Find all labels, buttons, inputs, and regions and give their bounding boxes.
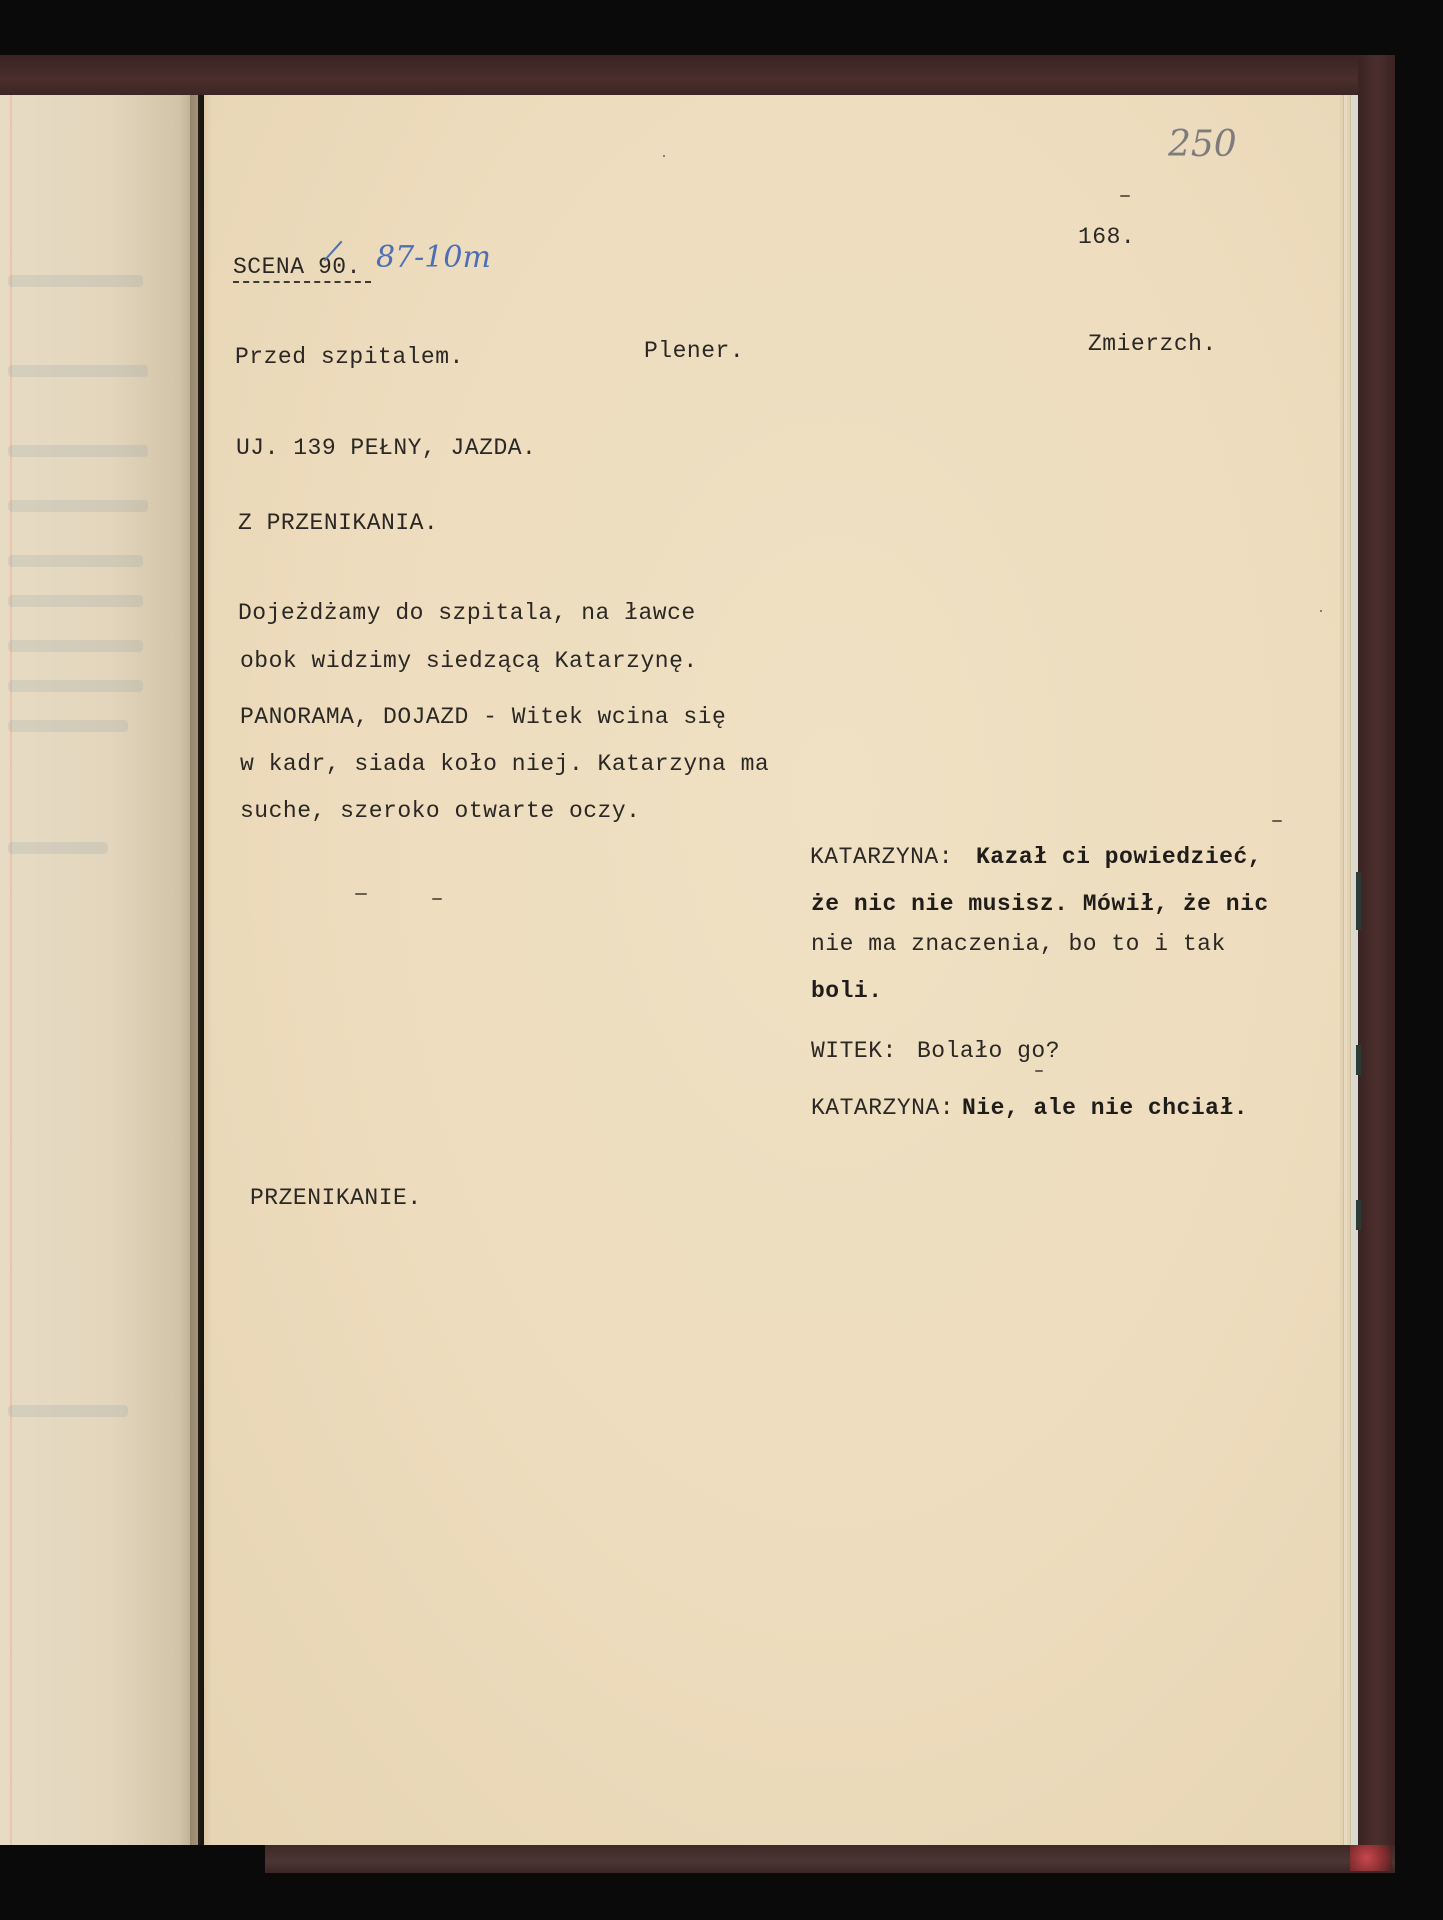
paper-speck — [1120, 195, 1130, 197]
paper-speck — [355, 893, 367, 895]
left-page — [0, 95, 198, 1845]
bleed-through-mark — [8, 1405, 128, 1417]
transition-in: Z PRZENIKANIA. — [238, 512, 438, 535]
scene-time-of-day: Zmierzch. — [1088, 333, 1217, 356]
transition-out: PRZENIKANIE. — [250, 1187, 422, 1210]
cover-corner-damage — [1350, 1845, 1392, 1871]
paper-speck — [1035, 1070, 1043, 1072]
book-cover-top — [0, 55, 1395, 95]
book-cover-right — [1358, 55, 1395, 1865]
scene-setting: Plener. — [644, 340, 744, 363]
gutter-shadow — [190, 95, 212, 1845]
paper-speck — [1272, 820, 1282, 822]
pencil-page-number: 250 — [1168, 124, 1237, 165]
action-line: suche, szeroko otwarte oczy. — [240, 800, 640, 823]
dialogue-line: Kazał ci powiedzieć, — [976, 846, 1262, 869]
bleed-through-mark — [8, 445, 148, 457]
bleed-through-mark — [8, 720, 128, 732]
scene-heading-underline — [233, 281, 371, 285]
bleed-through-mark — [8, 275, 143, 287]
bleed-through-mark — [8, 365, 148, 377]
bleed-through-mark — [8, 500, 148, 512]
action-line: w kadr, siada koło niej. Katarzyna ma — [240, 753, 769, 776]
book-cover-bottom — [265, 1845, 1395, 1873]
scene-number-handwritten: 87-10m — [376, 240, 491, 275]
bleed-through-mark — [8, 640, 143, 652]
scene-location: Przed szpitalem. — [235, 346, 464, 369]
bleed-through-mark — [8, 595, 143, 607]
scene-label: SCENA — [233, 256, 305, 279]
shot-description: UJ. 139 PEŁNY, JAZDA. — [236, 437, 536, 460]
dialogue-line: boli. — [811, 980, 883, 1003]
dialogue-speaker: WITEK: — [811, 1040, 897, 1063]
edge-mark — [1356, 1045, 1361, 1075]
dialogue-speaker: KATARZYNA: — [811, 1097, 954, 1120]
page-edge-strip — [1352, 95, 1358, 1845]
typed-page-number: 168. — [1078, 226, 1135, 249]
bleed-through-mark — [8, 555, 143, 567]
paper-speck — [432, 898, 442, 900]
dialogue-line: nie ma znaczenia, bo to i tak — [811, 933, 1226, 956]
paper-speck — [1320, 610, 1322, 612]
left-page-margin-line — [10, 95, 12, 1845]
edge-mark — [1356, 1200, 1361, 1230]
bleed-through-mark — [8, 842, 108, 854]
dialogue-speaker: KATARZYNA: — [810, 846, 953, 869]
action-line: Dojeżdżamy do szpitala, na ławce — [238, 602, 696, 625]
dialogue-line: Nie, ale nie chciał. — [962, 1097, 1248, 1120]
dialogue-line: że nic nie musisz. Mówił, że nic — [811, 893, 1269, 916]
action-line: PANORAMA, DOJAZD - Witek wcina się — [240, 706, 726, 729]
paper-speck — [663, 155, 665, 157]
edge-mark — [1356, 872, 1361, 930]
dialogue-line: Bolało go? — [917, 1040, 1060, 1063]
bleed-through-mark — [8, 680, 143, 692]
action-line: obok widzimy siedzącą Katarzynę. — [240, 650, 698, 673]
